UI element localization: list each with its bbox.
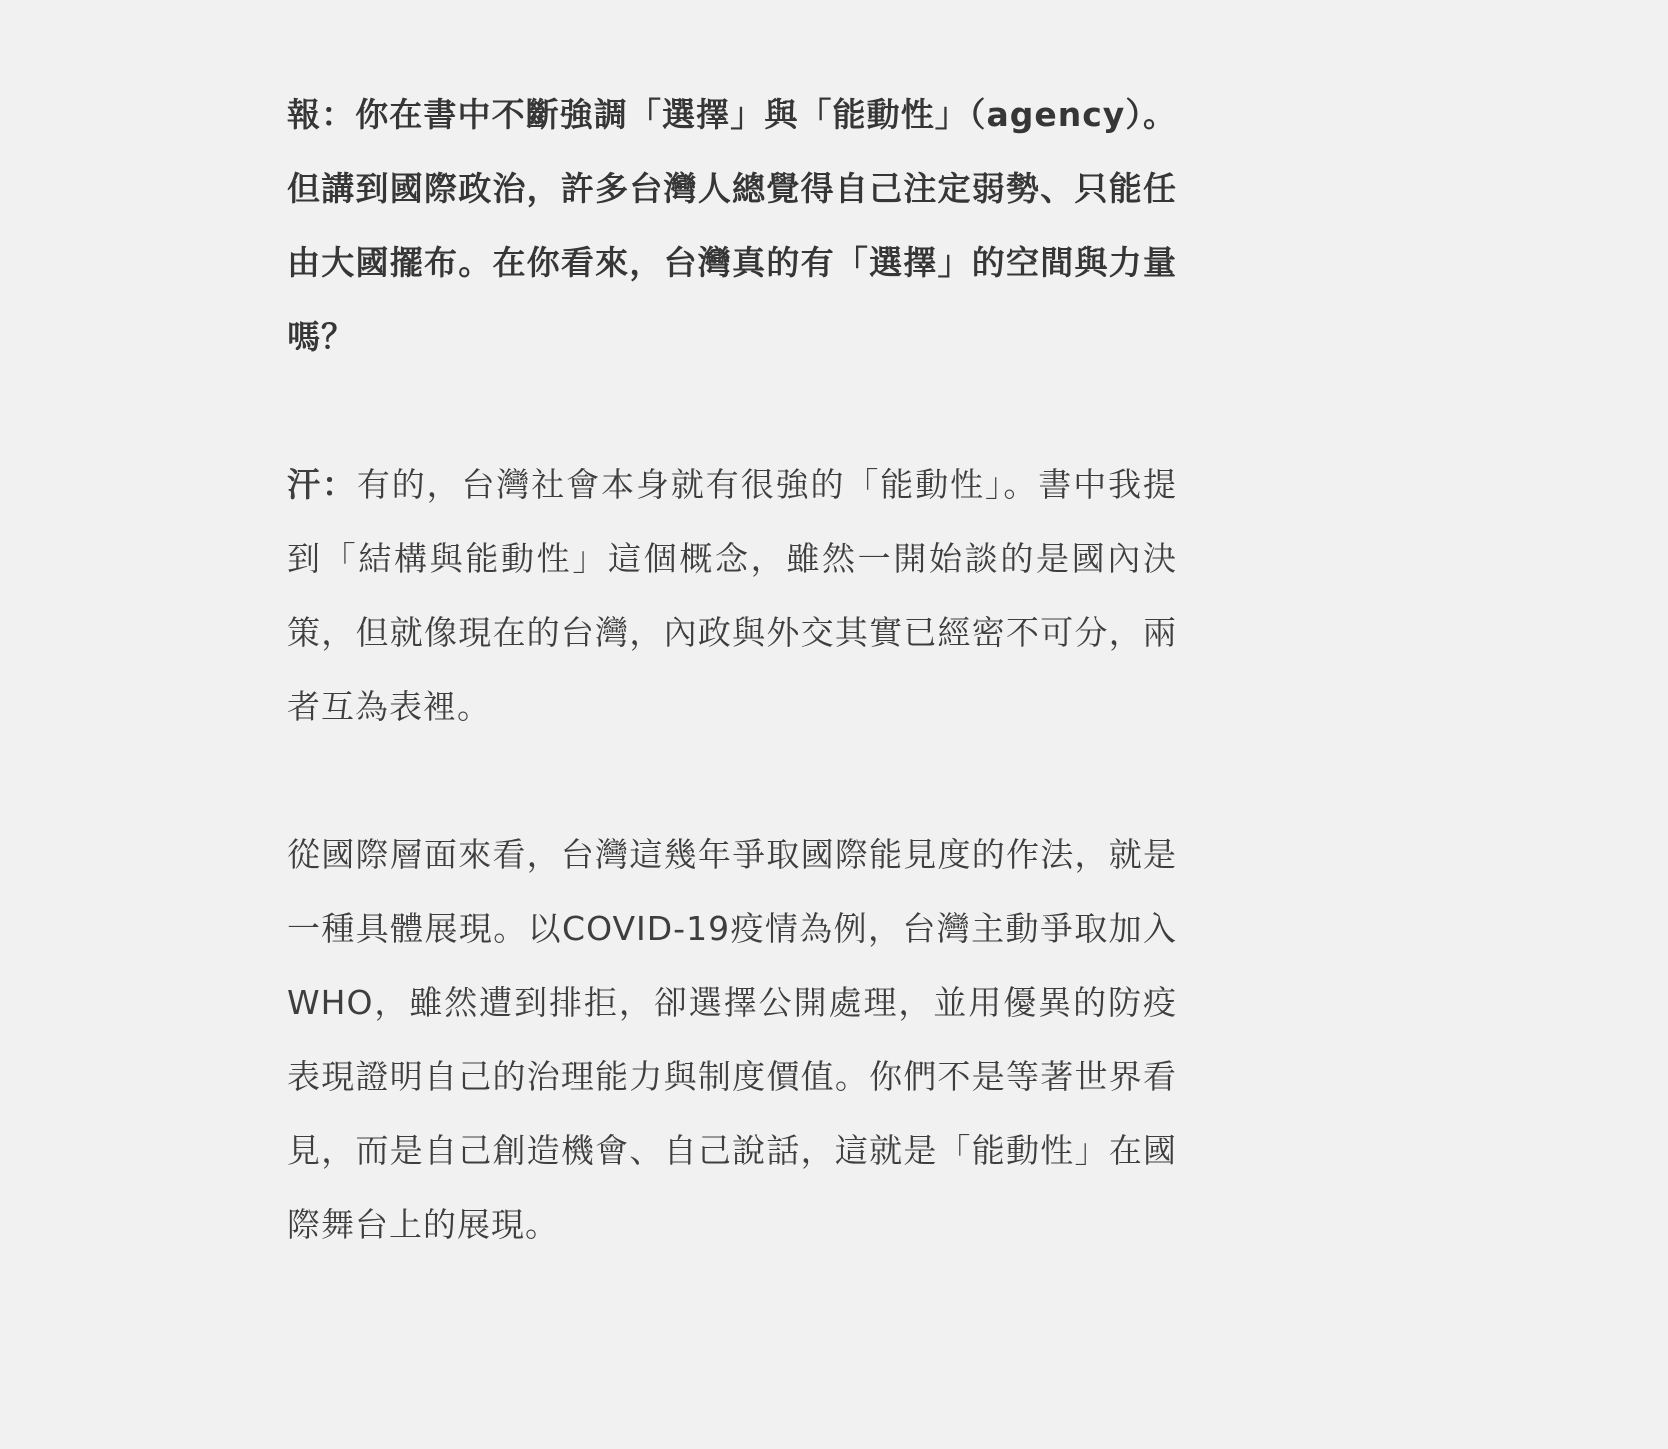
- interview-answer: 汗：有的，台灣社會本身就有很強的「能動性」。書中我提到「結構與能動性」這個概念，…: [287, 448, 1177, 744]
- answer-text: 有的，台灣社會本身就有很強的「能動性」。書中我提到「結構與能動性」這個概念，雖然…: [287, 465, 1177, 726]
- question-text: 你在書中不斷強調「選擇」與「能動性」（agency）。但講到國際政治，許多台灣人…: [287, 95, 1177, 356]
- article-body: 報：你在書中不斷強調「選擇」與「能動性」（agency）。但講到國際政治，許多台…: [287, 78, 1177, 1262]
- answer-continued-text: 從國際層面來看，台灣這幾年爭取國際能見度的作法，就是一種具體展現。以COVID-…: [287, 835, 1177, 1244]
- speaker-label-interviewee: 汗：: [287, 465, 357, 504]
- speaker-label-interviewer: 報：: [287, 95, 355, 134]
- interview-question: 報：你在書中不斷強調「選擇」與「能動性」（agency）。但講到國際政治，許多台…: [287, 78, 1177, 374]
- interview-answer-continued: 從國際層面來看，台灣這幾年爭取國際能見度的作法，就是一種具體展現。以COVID-…: [287, 818, 1177, 1262]
